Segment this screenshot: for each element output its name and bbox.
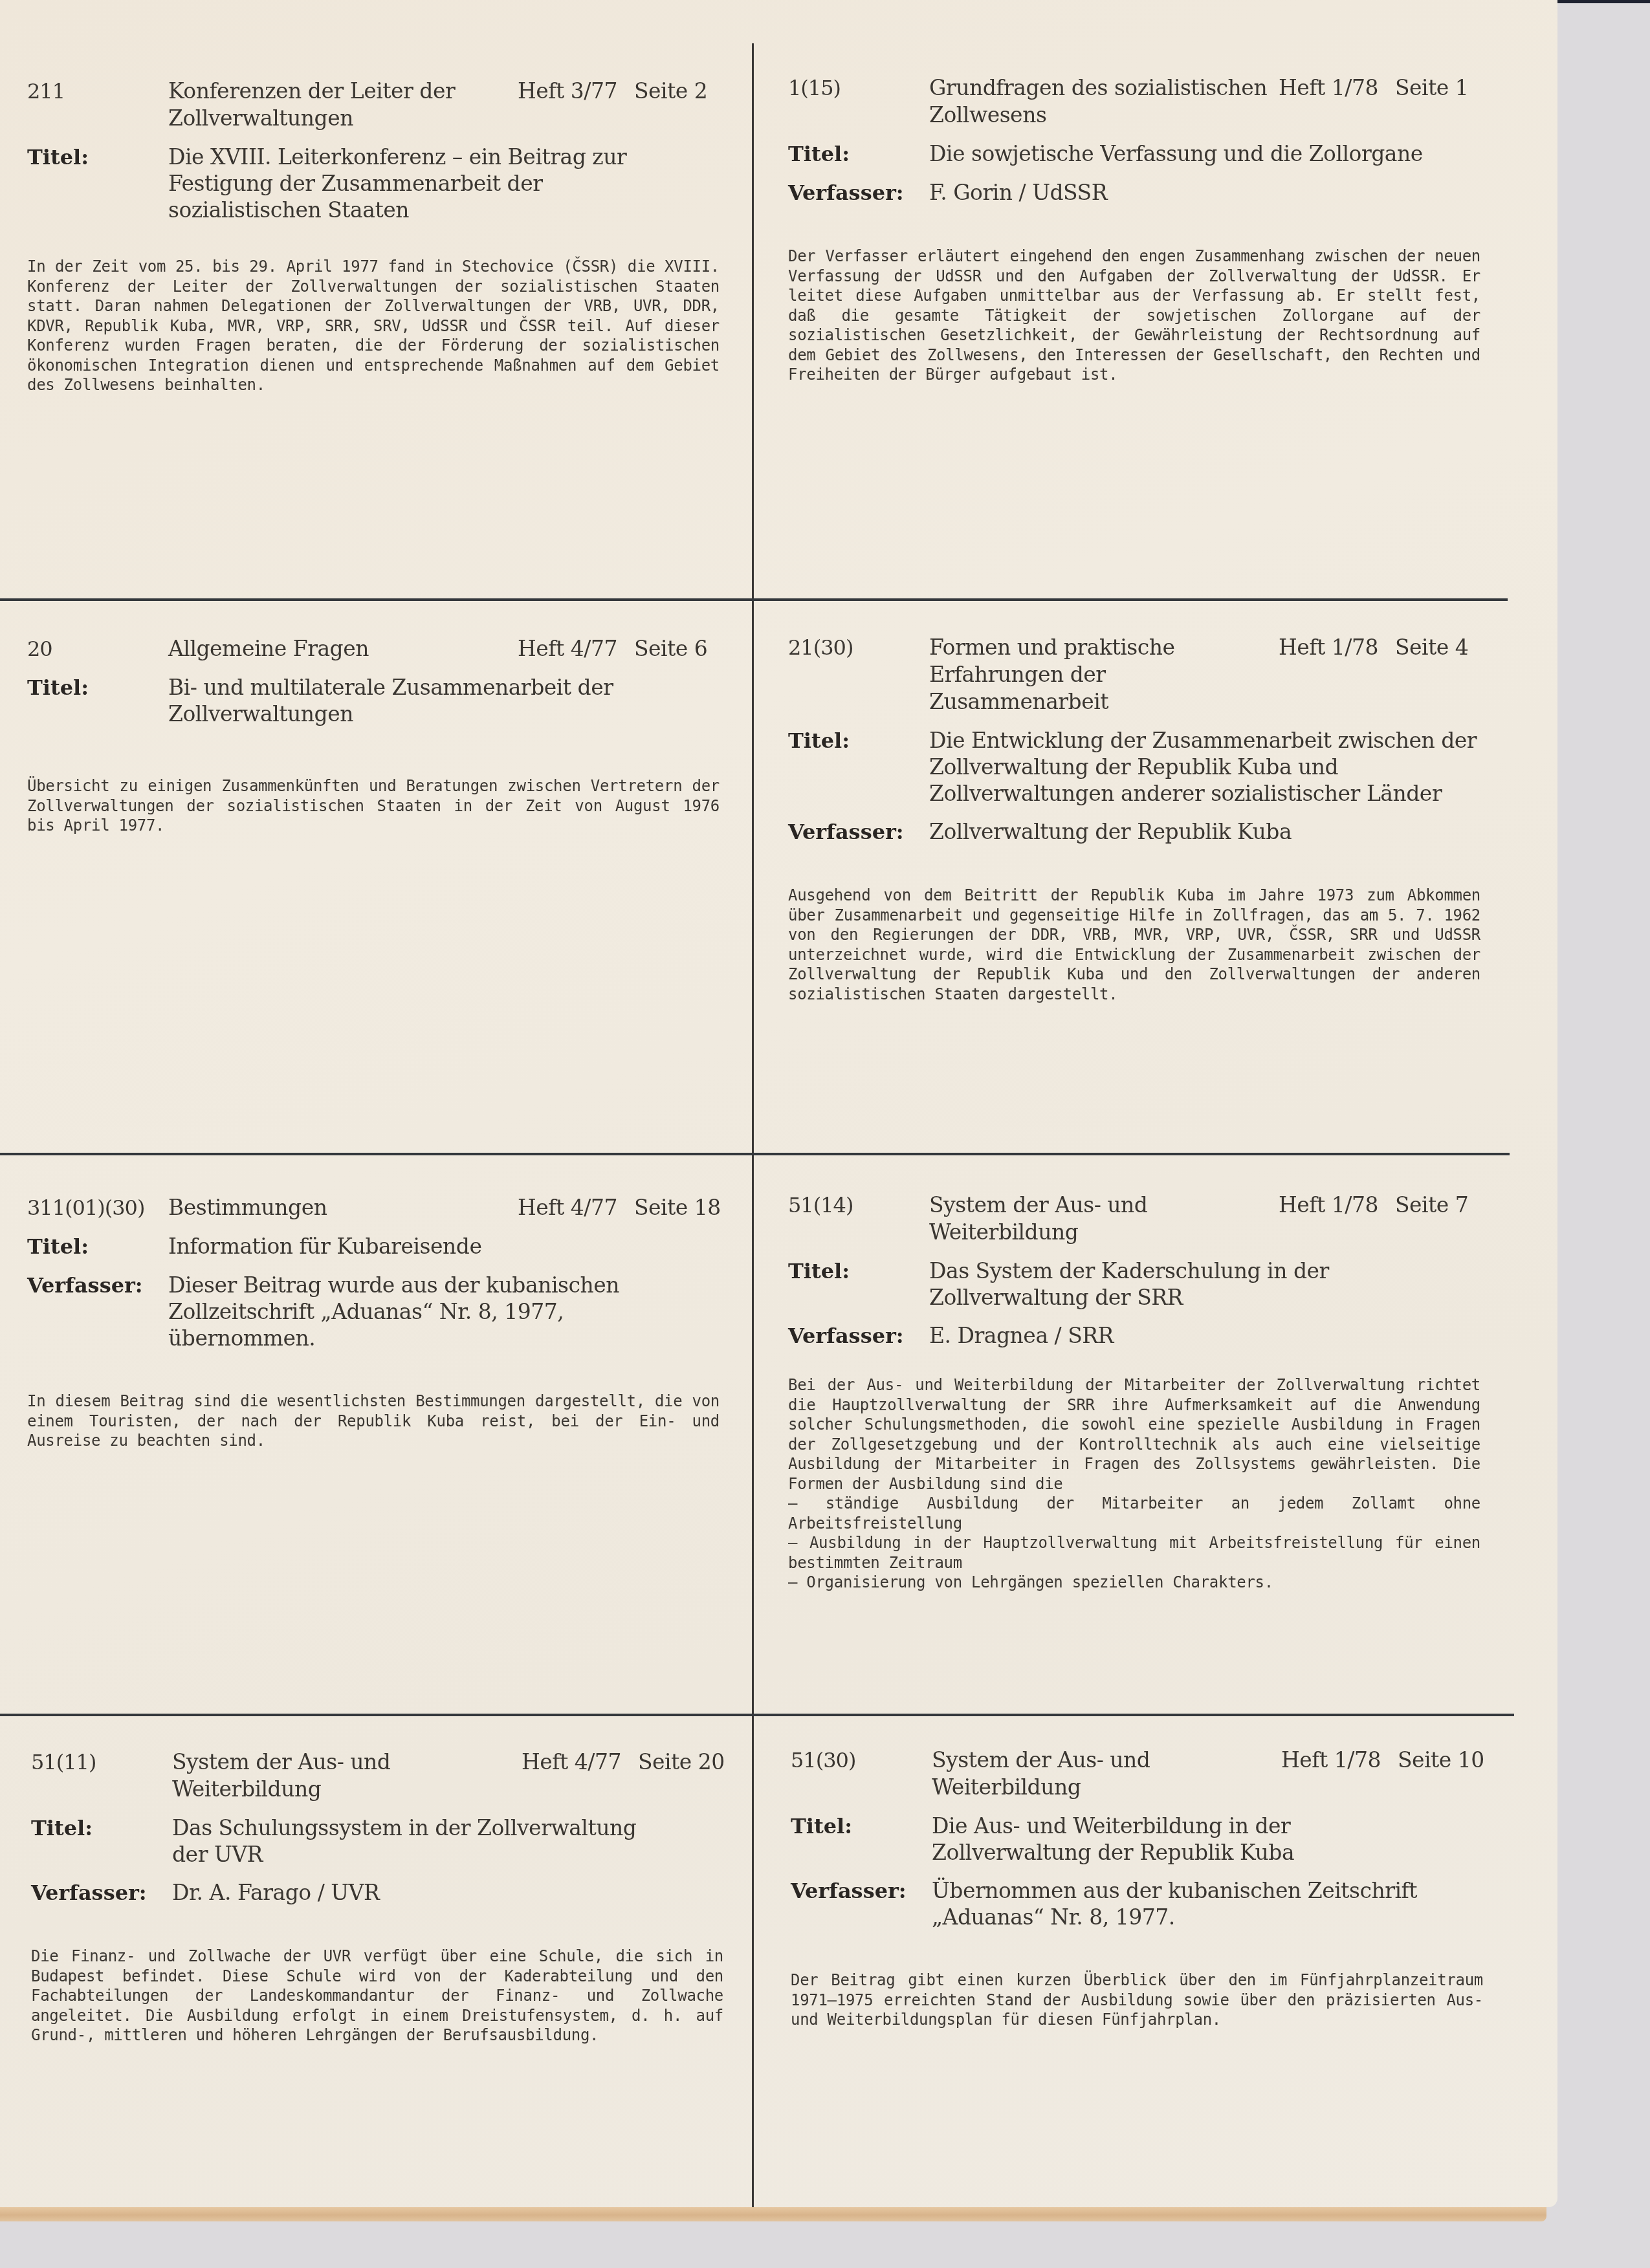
rubric: System der Aus- und Weiterbildung (932, 1747, 1281, 1801)
issue-number: Heft 4/77 (522, 1749, 621, 1774)
abstract: Bei der Aus- und Weiterbildung der Mitar… (788, 1375, 1480, 1593)
abstract: Die Finanz- und Zollwache der UVR verfüg… (31, 1946, 723, 2045)
article-author: F. Gorin / UdSSR (929, 179, 1480, 206)
classification-code: 211 (27, 78, 168, 105)
abstract: In diesem Beitrag sind die wesentlichste… (27, 1391, 720, 1451)
index-card-entry: 20 Allgemeine Fragen Heft 4/77Seite 6 Ti… (27, 635, 720, 836)
classification-code: 51(11) (31, 1749, 172, 1776)
title-label: Titel: (27, 144, 168, 171)
article-author: Dieser Beitrag wurde aus der kubanischen… (168, 1272, 647, 1351)
article-title: Das Schulungssystem in der Zollverwaltun… (172, 1815, 677, 1868)
issue-reference: Heft 1/78Seite 4 (1279, 634, 1468, 661)
classification-code: 311(01)(30) (27, 1194, 168, 1221)
article-author: Zollverwaltung der Republik Kuba (929, 818, 1480, 845)
classification-code: 51(14) (788, 1192, 929, 1219)
classification-code: 20 (27, 635, 168, 662)
issue-number: Heft 3/77 (518, 78, 617, 104)
rubric: System der Aus- und Weiterbildung (929, 1192, 1279, 1246)
author-label: Verfasser: (31, 1879, 172, 1906)
abstract: Ausgehend von dem Beitritt der Republik … (788, 886, 1480, 1004)
article-author: Dr. A. Farago / UVR (172, 1879, 723, 1906)
page-number: Seite 10 (1398, 1747, 1484, 1772)
column-divider (752, 43, 754, 2207)
index-card-entry: 211 Konferenzen der Leiter der Zollverwa… (27, 78, 720, 395)
issue-reference: Heft 3/77Seite 2 (518, 78, 707, 105)
row-divider-1 (0, 598, 1508, 601)
article-title: Die sowjetische Verfassung und die Zollo… (929, 140, 1480, 167)
rubric: Formen und praktische Erfahrungen der Zu… (929, 634, 1279, 715)
rubric: Allgemeine Fragen (168, 635, 518, 662)
author-label: Verfasser: (788, 818, 929, 845)
article-author: Übernommen aus der kubanischen Zeitschri… (932, 1877, 1462, 1930)
classification-code: 51(30) (791, 1747, 932, 1774)
scanner-edge (1557, 0, 1650, 3)
rubric: System der Aus- und Weiterbildung (172, 1749, 522, 1803)
index-card-entry: 311(01)(30) Bestimmungen Heft 4/77Seite … (27, 1194, 720, 1451)
page-number: Seite 1 (1395, 75, 1468, 100)
issue-number: Heft 1/78 (1279, 635, 1378, 660)
title-label: Titel: (27, 1233, 168, 1260)
issue-number: Heft 1/78 (1281, 1747, 1381, 1772)
author-label: Verfasser: (788, 1322, 929, 1349)
abstract: In der Zeit vom 25. bis 29. April 1977 f… (27, 257, 720, 395)
title-label: Titel: (788, 1258, 929, 1285)
title-label: Titel: (788, 727, 929, 754)
page-number: Seite 4 (1395, 635, 1468, 660)
author-label: Verfasser: (791, 1877, 932, 1904)
issue-reference: Heft 4/77Seite 20 (522, 1749, 725, 1776)
index-card-entry: 1(15) Grundfragen des sozialistischen Zo… (788, 74, 1480, 385)
page-number: Seite 7 (1395, 1192, 1468, 1217)
page-number: Seite 18 (634, 1195, 721, 1220)
row-divider-3 (0, 1714, 1514, 1716)
classification-code: 1(15) (788, 74, 929, 102)
author-label: Verfasser: (27, 1272, 168, 1299)
page-stack-edge (0, 2207, 1546, 2221)
issue-reference: Heft 1/78Seite 10 (1281, 1747, 1484, 1774)
article-title: Das System der Kaderschulung in der Zoll… (929, 1258, 1343, 1311)
issue-number: Heft 1/78 (1279, 1192, 1378, 1217)
page-number: Seite 20 (638, 1749, 725, 1774)
row-divider-2 (0, 1153, 1510, 1155)
title-label: Titel: (27, 674, 168, 701)
author-label: Verfasser: (788, 179, 929, 206)
rubric: Konferenzen der Leiter der Zollverwaltun… (168, 78, 518, 132)
issue-reference: Heft 1/78Seite 7 (1279, 1192, 1468, 1219)
article-title: Die Entwicklung der Zusammenarbeit zwisc… (929, 727, 1480, 807)
article-title: Die Aus- und Weiterbildung in der Zollve… (932, 1813, 1346, 1866)
issue-number: Heft 4/77 (518, 1195, 617, 1220)
abstract: Übersicht zu einigen Zusammenkünften und… (27, 776, 720, 836)
index-card-entry: 51(11) System der Aus- und Weiterbildung… (31, 1749, 723, 2045)
index-card-entry: 21(30) Formen und praktische Erfahrungen… (788, 634, 1480, 1004)
issue-reference: Heft 4/77Seite 18 (518, 1194, 721, 1221)
article-author: E. Dragnea / SRR (929, 1322, 1480, 1349)
article-title: Die XVIII. Leiterkonferenz – ein Beitrag… (168, 144, 699, 223)
article-title: Information für Kubareisende (168, 1233, 720, 1259)
issue-number: Heft 1/78 (1279, 75, 1378, 100)
index-card-entry: 51(30) System der Aus- und Weiterbildung… (791, 1747, 1483, 2030)
issue-reference: Heft 4/77Seite 6 (518, 635, 707, 662)
abstract: Der Beitrag gibt einen kurzen Überblick … (791, 1970, 1483, 2030)
abstract: Der Verfasser erläutert eingehend den en… (788, 246, 1480, 385)
article-title: Bi- und multilaterale Zusammenarbeit der… (168, 674, 621, 727)
page-number: Seite 6 (634, 636, 707, 661)
title-label: Titel: (791, 1813, 932, 1840)
title-label: Titel: (31, 1815, 172, 1842)
issue-number: Heft 4/77 (518, 636, 617, 661)
classification-code: 21(30) (788, 634, 929, 661)
index-card-entry: 51(14) System der Aus- und Weiterbildung… (788, 1192, 1480, 1593)
rubric: Grundfragen des sozialistischen Zollwese… (929, 74, 1279, 129)
page-number: Seite 2 (634, 78, 707, 104)
title-label: Titel: (788, 140, 929, 168)
issue-reference: Heft 1/78Seite 1 (1279, 74, 1468, 102)
rubric: Bestimmungen (168, 1194, 518, 1221)
